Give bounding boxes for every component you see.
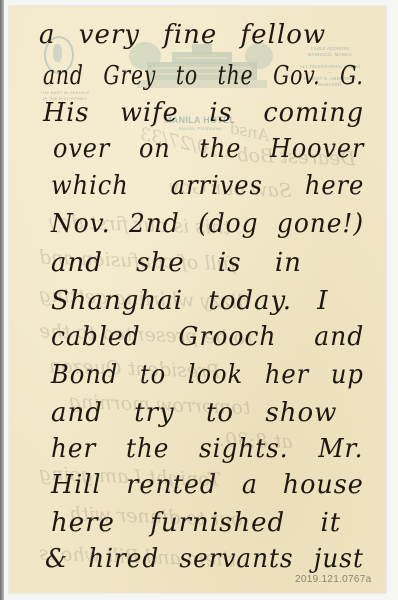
handwritten-line: & hired servants just xyxy=(45,544,364,574)
accession-number: 2019.121.0767a xyxy=(295,574,372,585)
handwritten-line: a very fine fellow xyxy=(39,20,326,50)
handwritten-line: here furnished it xyxy=(51,508,341,538)
handwritten-body: a very fine fellow and Grey to the Gov. … xyxy=(9,6,386,593)
handwritten-line: Nov. 2nd (dog gone!) xyxy=(51,209,364,239)
scan-edge xyxy=(0,0,4,600)
handwritten-line: and she is in xyxy=(51,248,302,278)
handwritten-line: His wife is coming xyxy=(43,98,364,128)
handwritten-line: and Grey to the Gov. G. xyxy=(43,61,364,91)
handwritten-line: over on the Hoover xyxy=(53,134,364,164)
letter-page: THE BEST IN SERVICE IN THE PHILIPPINES C… xyxy=(9,6,386,593)
handwritten-line: Shanghai today. I xyxy=(51,286,329,316)
handwritten-line: and try to show xyxy=(51,398,337,428)
handwritten-line: Hill rented a house xyxy=(51,470,364,500)
handwritten-line: Bond to look her up xyxy=(51,360,364,390)
handwritten-line: her the sights. Mr. xyxy=(51,434,363,464)
handwritten-line: which arrives here xyxy=(51,171,364,201)
handwritten-line: cabled Grooch and xyxy=(51,322,364,352)
